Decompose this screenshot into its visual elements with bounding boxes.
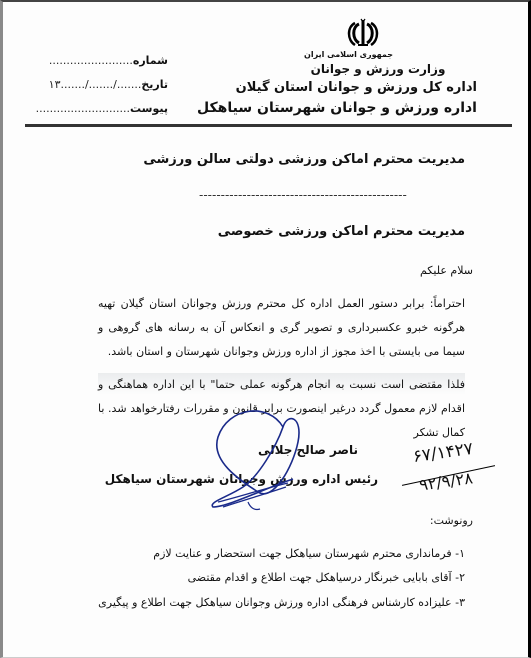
date-value: ......./......./.......۱۳ [49, 78, 142, 91]
body-paragraph-1: احتراماً: برابر دستور العمل اداره کل محت… [98, 292, 465, 364]
general-office-name: اداره کل ورزش و جوانان استان گیلان [263, 80, 477, 95]
date-label: تاریخ [141, 78, 168, 91]
ministry-name: وزارت ورزش و جوانان [303, 62, 453, 76]
cc-label: رونوشت: [403, 514, 473, 527]
cc-item: ۳- علیزاده کارشناس فرهنگی اداره ورزش وجو… [113, 596, 465, 609]
attachment-label: پیوست [130, 102, 168, 115]
recipient-separator: ----------------------------------------… [199, 188, 407, 202]
cc-item: ۱- فرمانداری محترم شهرستان سیاهکل جهت اس… [113, 547, 465, 560]
iran-emblem-icon [346, 18, 380, 48]
letter-page: جمهوری اسلامی ایران وزارت ورزش و جوانان … [0, 0, 531, 658]
cc-item: ۲- آقای بابایی خبرنگار درسیاهکل جهت اطلا… [113, 571, 465, 584]
handwritten-signature-icon [188, 407, 318, 517]
attachment-value: ........................... [36, 102, 130, 115]
number-label: شماره [133, 54, 168, 67]
number-value: ........................ [49, 54, 133, 67]
attachment-field: پیوست........................... [33, 102, 168, 115]
primary-recipient: مدیریت محترم اماکن ورزشی دولتی سالن ورزش… [203, 152, 465, 167]
date-field: تاریخ......./......./.......۱۳ [33, 78, 168, 91]
local-office-name: اداره ورزش و جوانان شهرستان سیاهکل [263, 100, 477, 116]
greeting: سلام علیکم [363, 264, 473, 277]
header-divider [25, 124, 512, 127]
handwritten-registration-date: ۹۲/۹/۲۸ [400, 466, 492, 497]
number-field: شماره........................ [33, 54, 168, 67]
country-name: جمهوری اسلامی ایران [333, 50, 393, 59]
secondary-recipient: مدیریت محترم اماکن ورزشی خصوصی [233, 224, 465, 239]
